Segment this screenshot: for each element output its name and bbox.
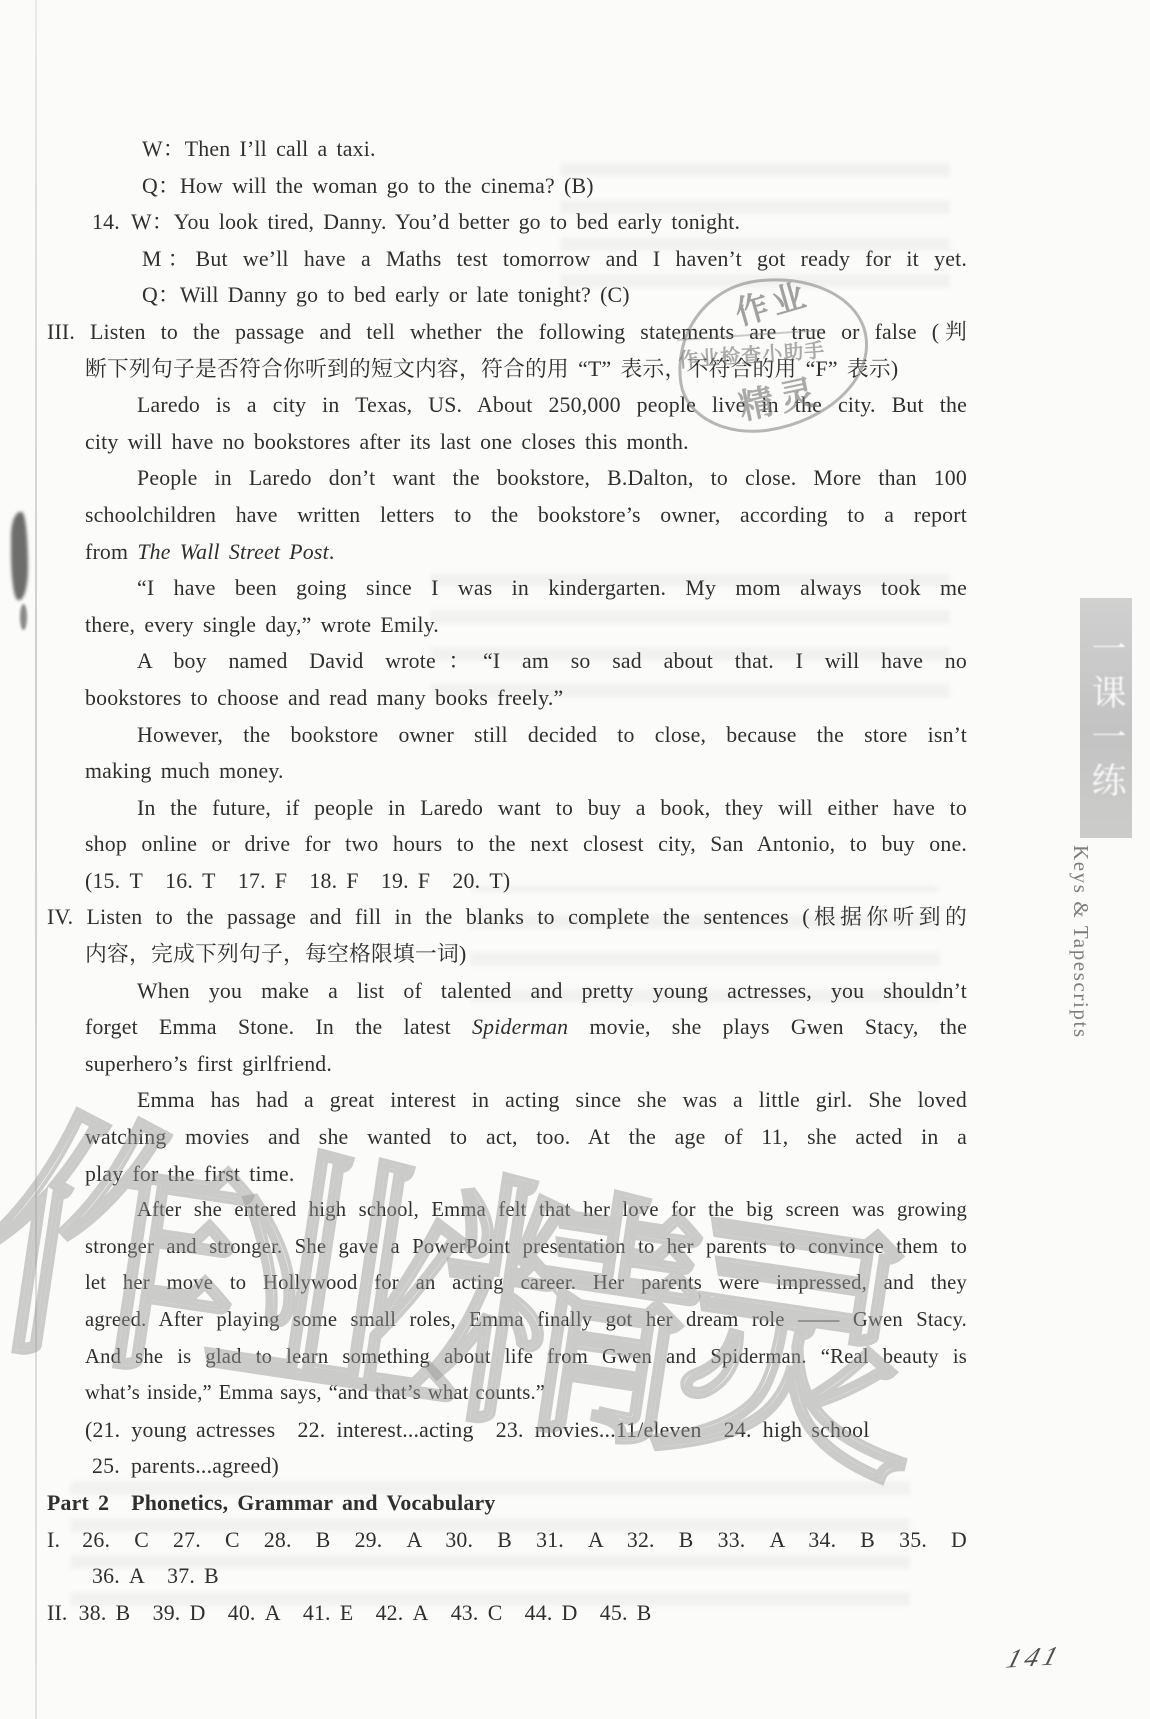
text-line: Emma has had a great interest in acting … <box>47 1082 967 1119</box>
text-segment: Q：Will Danny go to bed early or late ton… <box>142 283 630 307</box>
text-segment: 36. A 37. B <box>92 1564 219 1588</box>
text-segment: 14. W：You look tired, Danny. You’d bette… <box>92 210 740 234</box>
text-segment: movie, she plays Gwen Stacy, the <box>568 1015 967 1039</box>
text-segment: let her move to Hollywood for an acting … <box>85 1272 967 1294</box>
text-segment: Emma has had a great interest in acting … <box>137 1088 967 1112</box>
text-segment: After she entered high school, Emma felt… <box>137 1199 967 1221</box>
edge-index-tab-label: 一课一练 <box>1081 630 1131 806</box>
text-segment: schoolchildren have written letters to t… <box>85 503 967 527</box>
text-segment: play for the first time. <box>85 1162 294 1186</box>
text-line: (15. T 16. T 17. F 18. F 19. F 20. T) <box>47 863 967 900</box>
text-segment: from <box>85 540 137 564</box>
text-segment: Laredo is a city in Texas, US. About 250… <box>137 393 967 417</box>
text-line: watching movies and she wanted to act, t… <box>47 1119 967 1156</box>
text-line: 断下列句子是否符合你听到的短文内容，符合的用 “T” 表示，不符合的用 “F” … <box>47 351 967 388</box>
text-line: 内容，完成下列句子，每空格限填一词) <box>47 936 967 973</box>
text-line: making much money. <box>47 753 967 790</box>
text-segment: When you make a list of talented and pre… <box>137 979 967 1003</box>
text-line: (21. young actresses 22. interest...acti… <box>47 1412 967 1449</box>
text-segment: . <box>329 540 335 564</box>
text-segment: In the future, if people in Laredo want … <box>137 796 967 820</box>
text-line: 25. parents...agreed) <box>47 1448 967 1485</box>
text-segment: bookstores to choose and read many books… <box>85 686 563 710</box>
text-line: After she entered high school, Emma felt… <box>47 1192 967 1229</box>
text-line: city will have no bookstores after its l… <box>47 424 967 461</box>
text-line: shop online or drive for two hours to th… <box>47 826 967 863</box>
text-line: what’s inside,” Emma says, “and that’s w… <box>47 1375 967 1412</box>
text-line: However, the bookstore owner still decid… <box>47 717 967 754</box>
text-segment: superhero’s first girlfriend. <box>85 1052 332 1076</box>
text-segment: what’s inside,” Emma says, “and that’s w… <box>85 1382 545 1404</box>
text-segment: “I have been going since I was in kinder… <box>137 576 967 600</box>
text-line: I. 26. C 27. C 28. B 29. A 30. B 31. A 3… <box>47 1522 967 1559</box>
text-line: 14. W：You look tired, Danny. You’d bette… <box>47 204 967 241</box>
text-segment: (15. T 16. T 17. F 18. F 19. F 20. T) <box>85 869 510 893</box>
text-segment: there, every single day,” wrote Emily. <box>85 613 439 637</box>
text-segment: making much money. <box>85 759 284 783</box>
text-segment: (21. young actresses 22. interest...acti… <box>85 1418 870 1442</box>
text-line: superhero’s first girlfriend. <box>47 1046 967 1083</box>
scanned-book-page: { "page": { "number": "141" }, "sidebar"… <box>0 0 1150 1719</box>
text-segment: 内容，完成下列句子，每空格限填一词) <box>85 942 466 966</box>
text-line: Q：Will Danny go to bed early or late ton… <box>47 277 967 314</box>
text-line: When you make a list of talented and pre… <box>47 973 967 1010</box>
text-segment: Part 2 Phonetics, Grammar and Vocabulary <box>47 1491 495 1515</box>
text-line: People in Laredo don’t want the bookstor… <box>47 460 967 497</box>
text-segment: 断下列句子是否符合你听到的短文内容，符合的用 “T” 表示，不符合的用 “F” … <box>85 357 898 381</box>
text-line: there, every single day,” wrote Emily. <box>47 607 967 644</box>
text-segment: shop online or drive for two hours to th… <box>85 832 967 856</box>
text-segment: IV. Listen to the passage and fill in th… <box>47 905 967 929</box>
text-line: from The Wall Street Post. <box>47 534 967 571</box>
text-segment: 25. parents...agreed) <box>92 1454 279 1478</box>
italic-text: The Wall Street Post <box>137 540 329 564</box>
text-column: W：Then I’ll call a taxi.Q：How will the w… <box>47 131 967 1631</box>
text-segment: stronger and stronger. She gave a PowerP… <box>85 1236 967 1258</box>
text-line: schoolchildren have written letters to t… <box>47 497 967 534</box>
italic-text: Spiderman <box>472 1015 568 1039</box>
text-segment: III. Listen to the passage and tell whet… <box>47 320 967 344</box>
text-line: II. 38. B 39. D 40. A 41. E 42. A 43. C … <box>47 1595 967 1632</box>
edge-index-tab: 一课一练 <box>1080 598 1132 838</box>
text-segment: forget Emma Stone. In the latest <box>85 1015 472 1039</box>
text-segment: Q：How will the woman go to the cinema? (… <box>142 174 594 198</box>
text-line: let her move to Hollywood for an acting … <box>47 1265 967 1302</box>
text-segment: W：Then I’ll call a taxi. <box>142 137 376 161</box>
text-segment: People in Laredo don’t want the bookstor… <box>137 466 967 490</box>
text-line: bookstores to choose and read many books… <box>47 680 967 717</box>
text-line: Laredo is a city in Texas, US. About 250… <box>47 387 967 424</box>
text-segment: I. 26. C 27. C 28. B 29. A 30. B 31. A 3… <box>47 1528 967 1552</box>
page-gutter-shadow <box>35 0 37 1719</box>
text-line: M：But we’ll have a Maths test tomorrow a… <box>47 241 967 278</box>
text-segment: And she is glad to learn something about… <box>85 1346 967 1368</box>
text-segment: M：But we’ll have a Maths test tomorrow a… <box>142 247 967 271</box>
text-line: IV. Listen to the passage and fill in th… <box>47 899 967 936</box>
text-segment: II. 38. B 39. D 40. A 41. E 42. A 43. C … <box>47 1601 652 1625</box>
section-caption-vertical: Keys & Tapescripts <box>1068 845 1093 1039</box>
text-line: In the future, if people in Laredo want … <box>47 790 967 827</box>
text-segment: A boy named David wrote：“I am so sad abo… <box>137 649 967 673</box>
text-line: III. Listen to the passage and tell whet… <box>47 314 967 351</box>
text-segment: city will have no bookstores after its l… <box>85 430 689 454</box>
text-line: W：Then I’ll call a taxi. <box>47 131 967 168</box>
scan-ink-mark-small <box>20 604 27 630</box>
text-line: 36. A 37. B <box>47 1558 967 1595</box>
text-line: “I have been going since I was in kinder… <box>47 570 967 607</box>
text-line: play for the first time. <box>47 1156 967 1193</box>
text-line: And she is glad to learn something about… <box>47 1339 967 1376</box>
scan-ink-mark <box>11 512 28 600</box>
text-line: forget Emma Stone. In the latest Spiderm… <box>47 1009 967 1046</box>
text-line: Q：How will the woman go to the cinema? (… <box>47 168 967 205</box>
text-line: agreed. After playing some small roles, … <box>47 1302 967 1339</box>
text-segment: agreed. After playing some small roles, … <box>85 1309 967 1331</box>
text-segment: watching movies and she wanted to act, t… <box>85 1125 967 1149</box>
text-line: stronger and stronger. She gave a PowerP… <box>47 1229 967 1266</box>
text-line: Part 2 Phonetics, Grammar and Vocabulary <box>47 1485 967 1522</box>
text-segment: However, the bookstore owner still decid… <box>137 723 967 747</box>
page-number: 141 <box>1003 1640 1066 1675</box>
text-line: A boy named David wrote：“I am so sad abo… <box>47 643 967 680</box>
